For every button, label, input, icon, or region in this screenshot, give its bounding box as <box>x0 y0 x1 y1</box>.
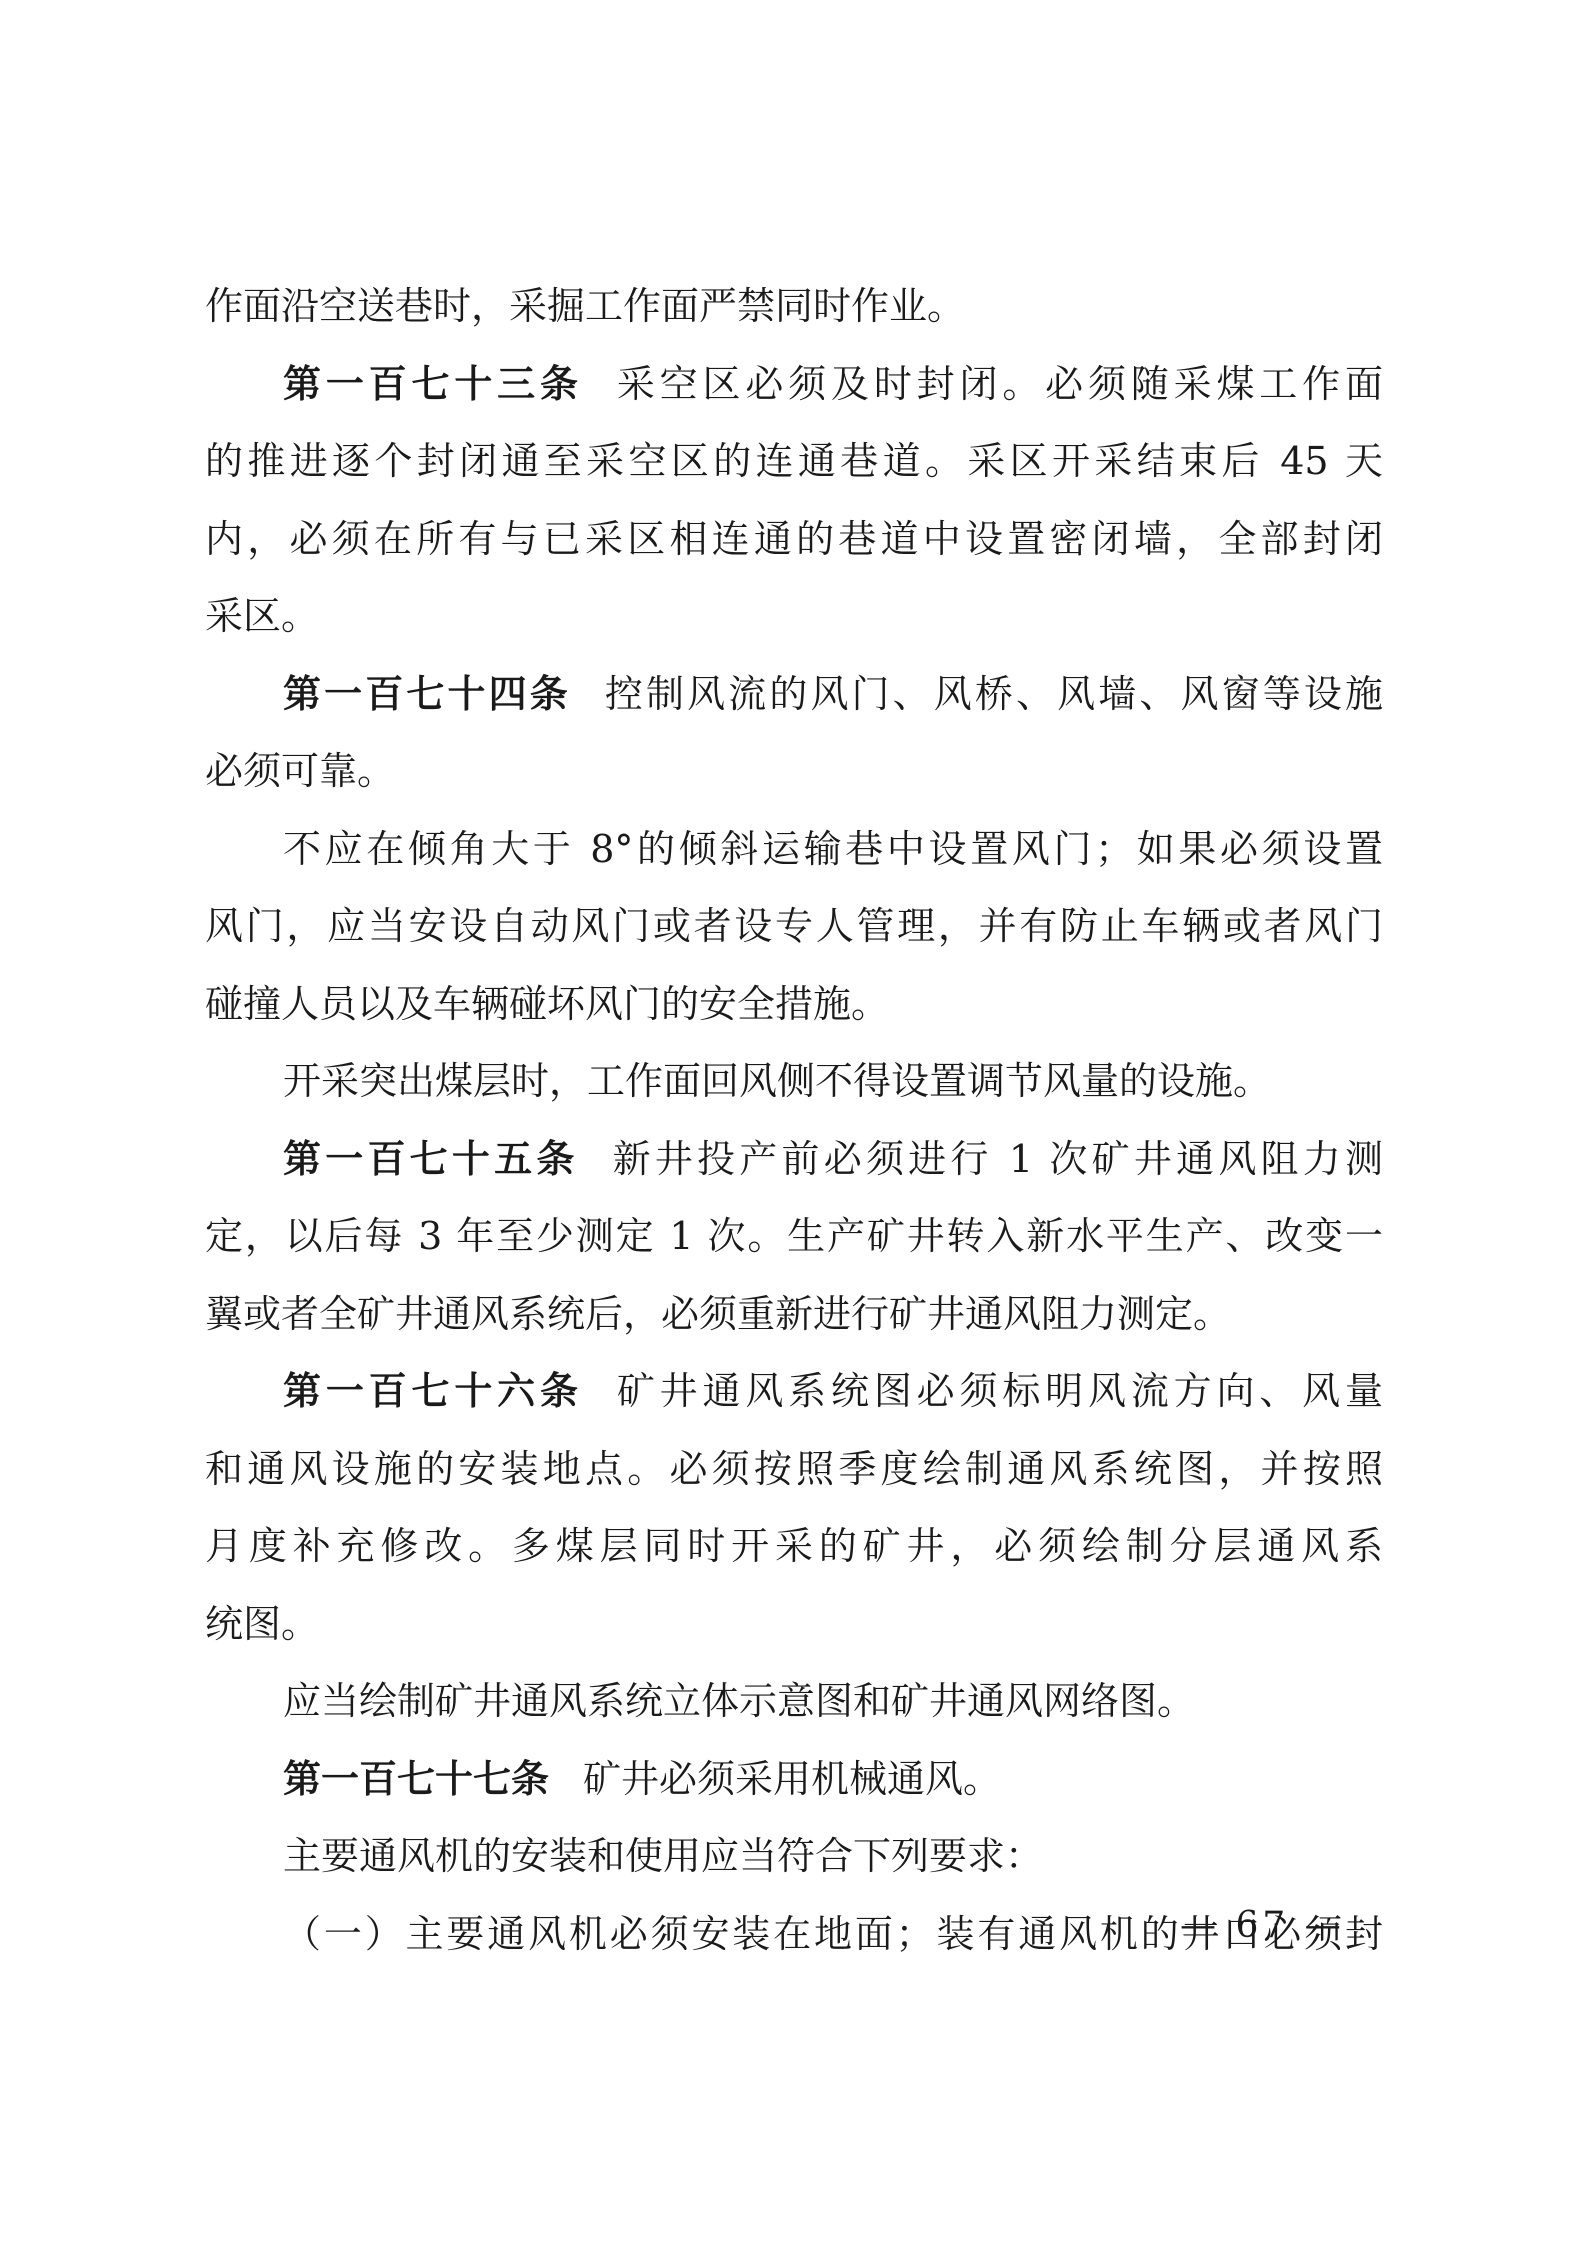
article-176-line: 第一百七十六条矿井通风系统图必须标明风流方向、风量 <box>205 1353 1383 1431</box>
text-line: 主要通风机的安装和使用应当符合下列要求： <box>205 1818 1383 1896</box>
text-line: 的推进逐个封闭通至采空区的连通巷道。采区开采结束后 45 天 <box>205 423 1383 501</box>
article-number: 第一百七十六条 <box>283 1369 583 1413</box>
article-number: 第一百七十七条 <box>283 1757 549 1801</box>
text-line: 内，必须在所有与已采区相连通的巷道中设置密闭墙，全部封闭 <box>205 501 1383 579</box>
text-line: 采区。 <box>205 578 1383 656</box>
text-line: 月度补充修改。多煤层同时开采的矿井，必须绘制分层通风系 <box>205 1508 1383 1586</box>
article-175-line: 第一百七十五条新井投产前必须进行 1 次矿井通风阻力测 <box>205 1121 1383 1199</box>
text-line: 必须可靠。 <box>205 733 1383 811</box>
text-line: 和通风设施的安装地点。必须按照季度绘制通风系统图，并按照 <box>205 1431 1383 1509</box>
article-number: 第一百七十三条 <box>283 362 583 406</box>
text-line: 不应在倾角大于 8°的倾斜运输巷中设置风门；如果必须设置 <box>205 811 1383 889</box>
text-line: 作面沿空送巷时，采掘工作面严禁同时作业。 <box>205 268 1383 346</box>
document-page: 作面沿空送巷时，采掘工作面严禁同时作业。 第一百七十三条采空区必须及时封闭。必须… <box>205 268 1383 1973</box>
article-number: 第一百七十五条 <box>283 1137 579 1181</box>
text-line: 定，以后每 3 年至少测定 1 次。生产矿井转入新水平生产、改变一 <box>205 1198 1383 1276</box>
text-line: 应当绘制矿井通风系统立体示意图和矿井通风网络图。 <box>205 1663 1383 1741</box>
article-number: 第一百七十四条 <box>283 672 571 716</box>
text-line: 碰撞人员以及车辆碰坏风门的安全措施。 <box>205 966 1383 1044</box>
text-line: 统图。 <box>205 1586 1383 1664</box>
text-line: 翼或者全矿井通风系统后，必须重新进行矿井通风阻力测定。 <box>205 1276 1383 1354</box>
article-173-line: 第一百七十三条采空区必须及时封闭。必须随采煤工作面 <box>205 346 1383 424</box>
article-174-line: 第一百七十四条控制风流的风门、风桥、风墙、风窗等设施 <box>205 656 1383 734</box>
text-line: 风门，应当安设自动风门或者设专人管理，并有防止车辆或者风门 <box>205 888 1383 966</box>
text-line: 开采突出煤层时，工作面回风侧不得设置调节风量的设施。 <box>205 1043 1383 1121</box>
article-177-line: 第一百七十七条矿井必须采用机械通风。 <box>205 1741 1383 1819</box>
page-number: — 67 — <box>1180 1905 1345 1946</box>
